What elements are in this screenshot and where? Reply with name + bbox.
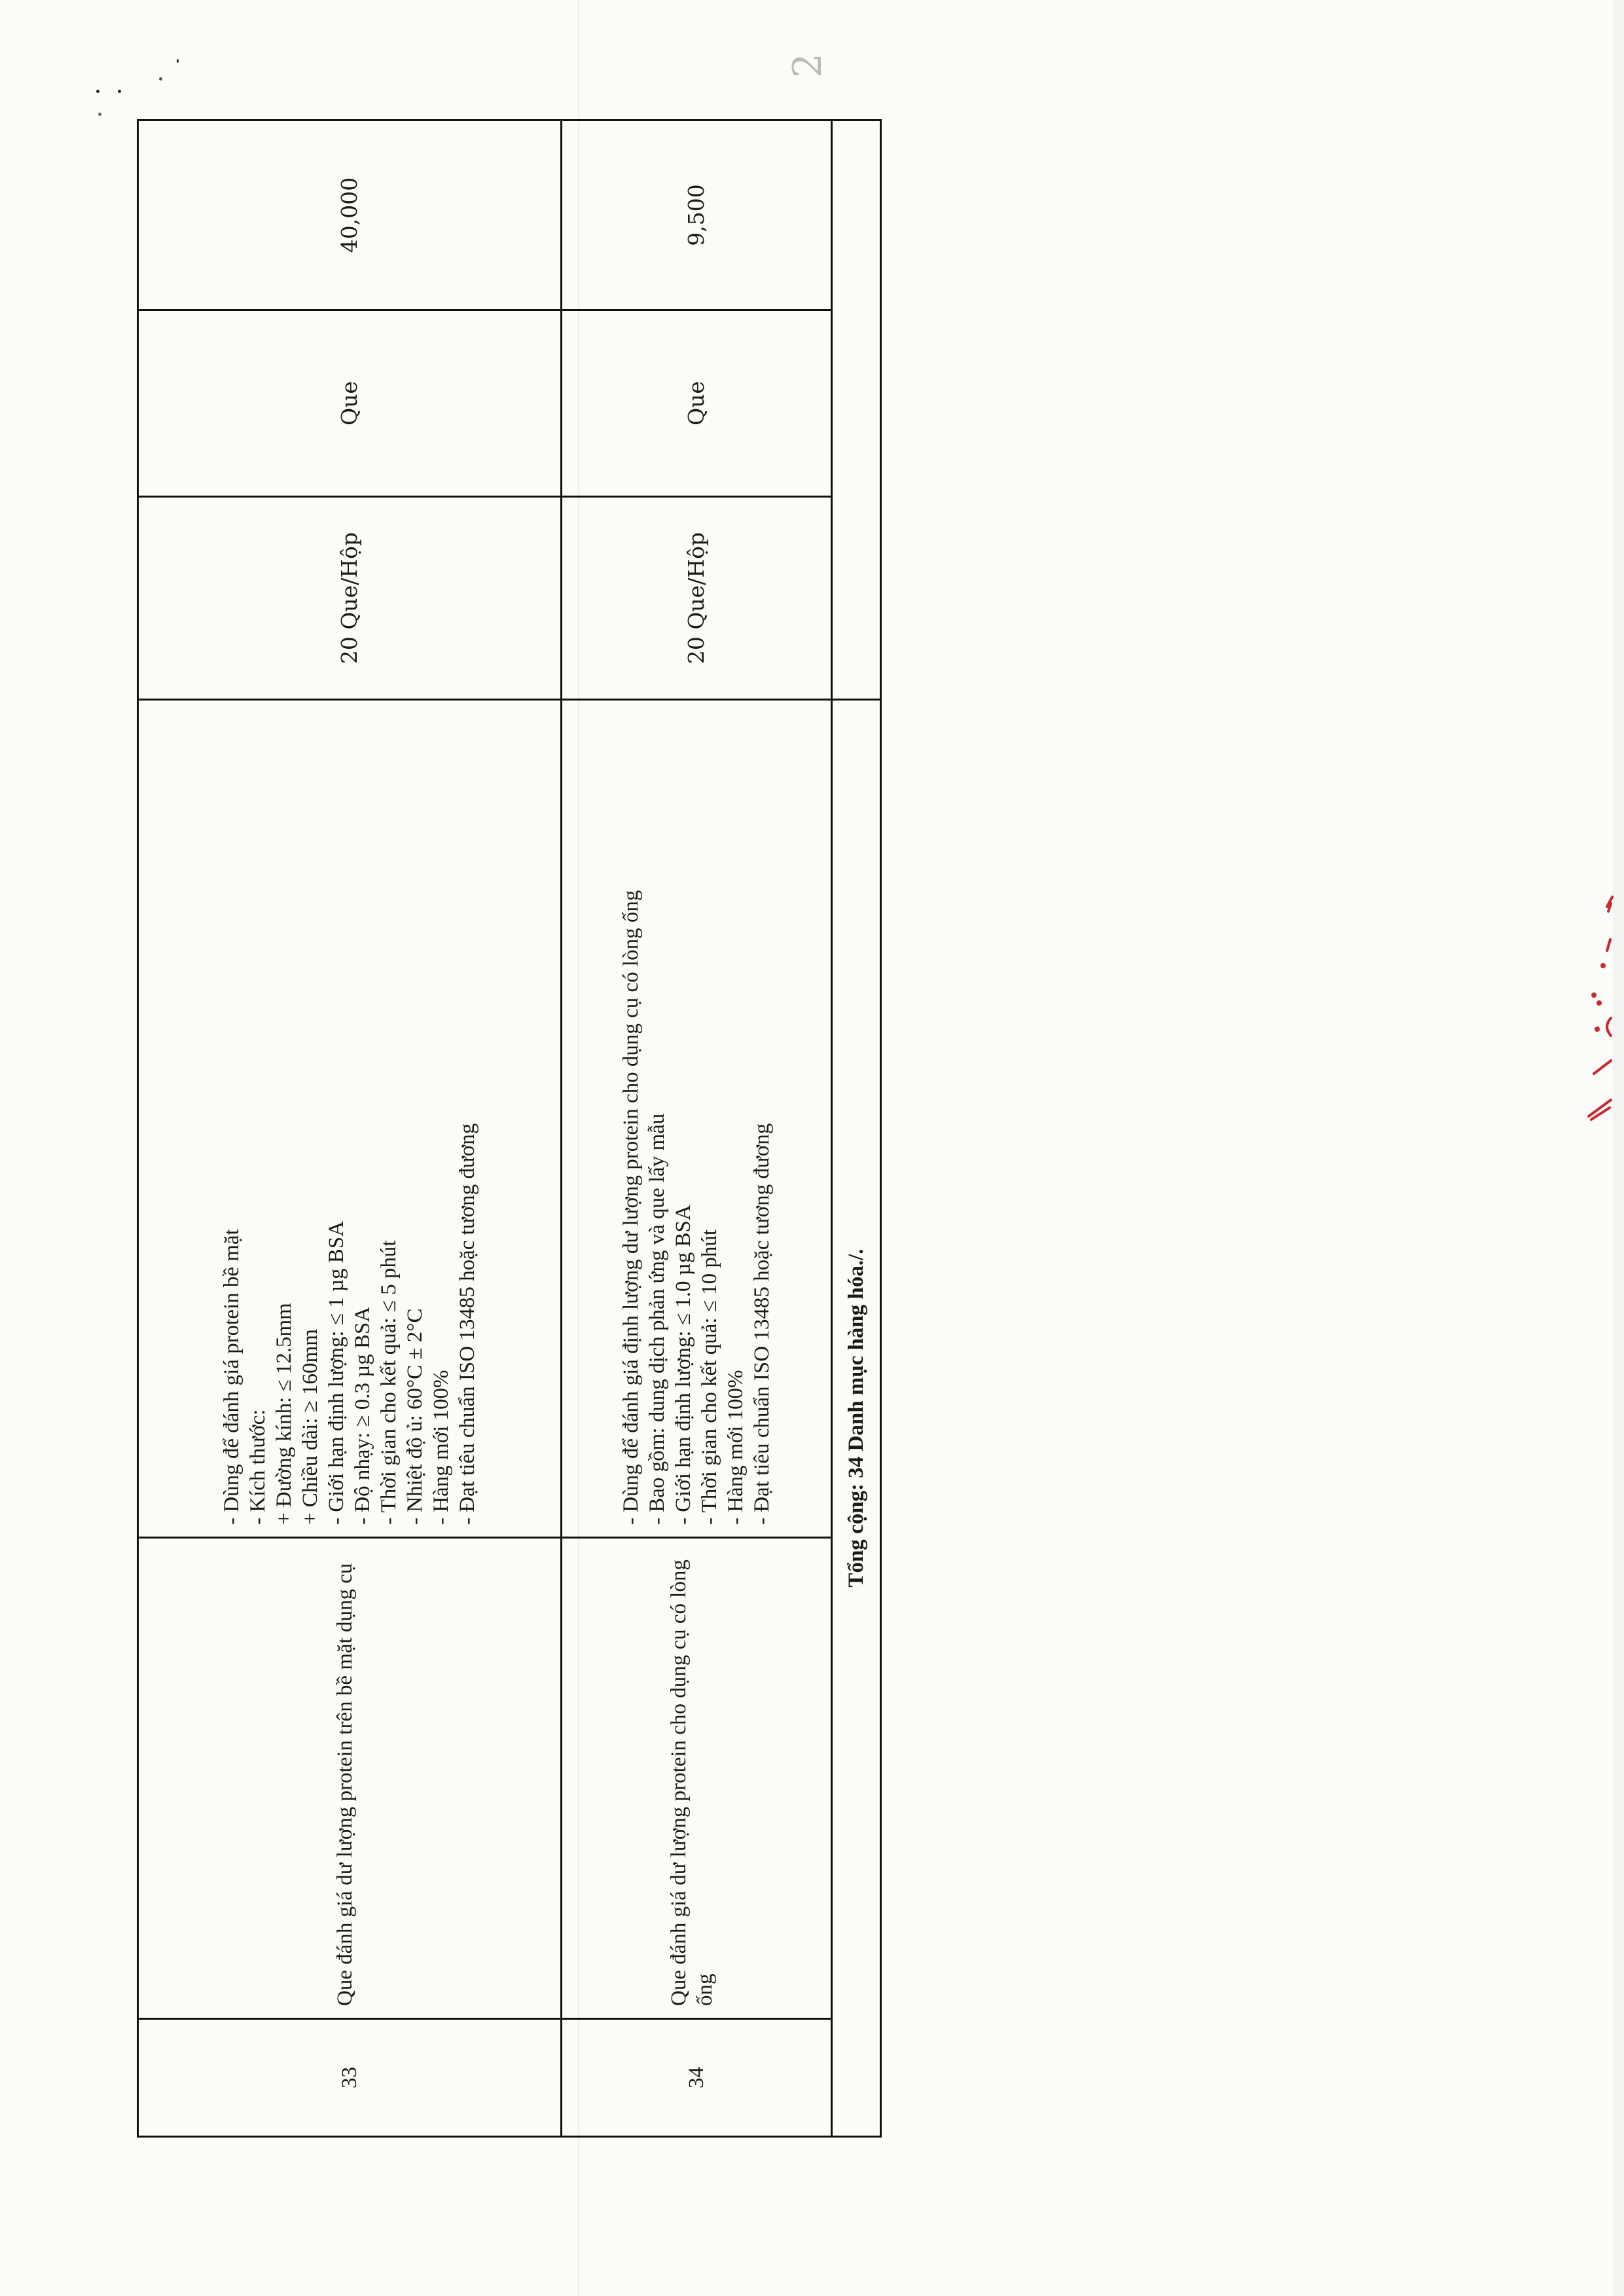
table-row: 34 Que đánh giá dư lượng protein cho dụn… [562,120,832,2137]
total-row: Tổng cộng: 34 Danh mục hàng hóa./. [832,120,881,2137]
item-packaging: 20 Que/Hộp [562,497,832,700]
item-packaging: 20 Que/Hộp [138,497,562,700]
item-name-text: Que đánh giá dư lượng protein trên bề mặ… [332,1550,358,2006]
spec-line: - Đạt tiêu chuẩn ISO 13485 hoặc tương đư… [749,712,775,1525]
spec-line: - Độ nhạy: ≥ 0.3 µg BSA [350,712,376,1525]
item-price: 40,000 [138,120,562,310]
total-label: Tổng cộng: 34 Danh mục hàng hóa./. [832,700,881,2137]
item-name: Que đánh giá dư lượng protein trên bề mặ… [138,1538,562,2019]
pencil-page-mark: 2 [785,53,831,78]
table-row: 33 Que đánh giá dư lượng protein trên bề… [138,120,562,2137]
row-number: 34 [562,2019,832,2137]
red-signature-mark [1581,851,1614,1192]
item-spec: - Dùng để đánh giá protein bề mặt - Kích… [138,700,562,1538]
goods-table: 33 Que đánh giá dư lượng protein trên bề… [137,119,882,2138]
row-number: 33 [138,2019,562,2137]
item-unit: Que [138,310,562,497]
spec-line: + Đường kính: ≤ 12.5mm [271,712,297,1525]
scan-speck [118,90,121,93]
page-edge [1614,0,1624,2296]
item-name: Que đánh giá dư lượng protein cho dụng c… [562,1538,832,2019]
spec-line: - Dùng để đánh giá định lượng dư lượng p… [618,712,644,1525]
spec-line: - Bao gồm: dung dịch phản ứng và que lấy… [644,712,670,1525]
item-price: 9,500 [562,120,832,310]
spec-line: - Hàng mới 100% [723,712,749,1525]
spec-line: - Thời gian cho kết quả: ≤ 10 phút [696,712,723,1525]
spec-line: - Giới hạn định lượng: ≤ 1.0 µg BSA [670,712,696,1525]
item-spec: - Dùng để đánh giá định lượng dư lượng p… [562,700,832,1538]
rotated-table-wrapper: 33 Que đánh giá dư lượng protein trên bề… [137,121,880,2138]
spec-line: - Hàng mới 100% [428,712,454,1525]
scan-speck [159,77,162,81]
scan-speck [98,113,101,116]
spec-line: - Giới hạn định lượng: ≤ 1 µg BSA [323,712,350,1525]
total-empty-cell [832,120,881,700]
scan-speck [177,59,179,63]
spec-line: - Nhiệt độ ủ: 60°C ± 2°C [402,712,428,1525]
spec-line: + Chiều dài: ≥ 160mm [297,712,323,1525]
item-name-text: Que đánh giá dư lượng protein cho dụng c… [666,1550,718,2006]
scan-speck [96,90,99,93]
spec-line: - Đạt tiêu chuẩn ISO 13485 hoặc tương đư… [454,712,480,1525]
spec-line: - Dùng để đánh giá protein bề mặt [219,712,245,1525]
item-unit: Que [562,310,832,497]
spec-line: - Kích thước: [245,712,271,1525]
spec-line: - Thời gian cho kết quả: ≤ 5 phút [376,712,402,1525]
